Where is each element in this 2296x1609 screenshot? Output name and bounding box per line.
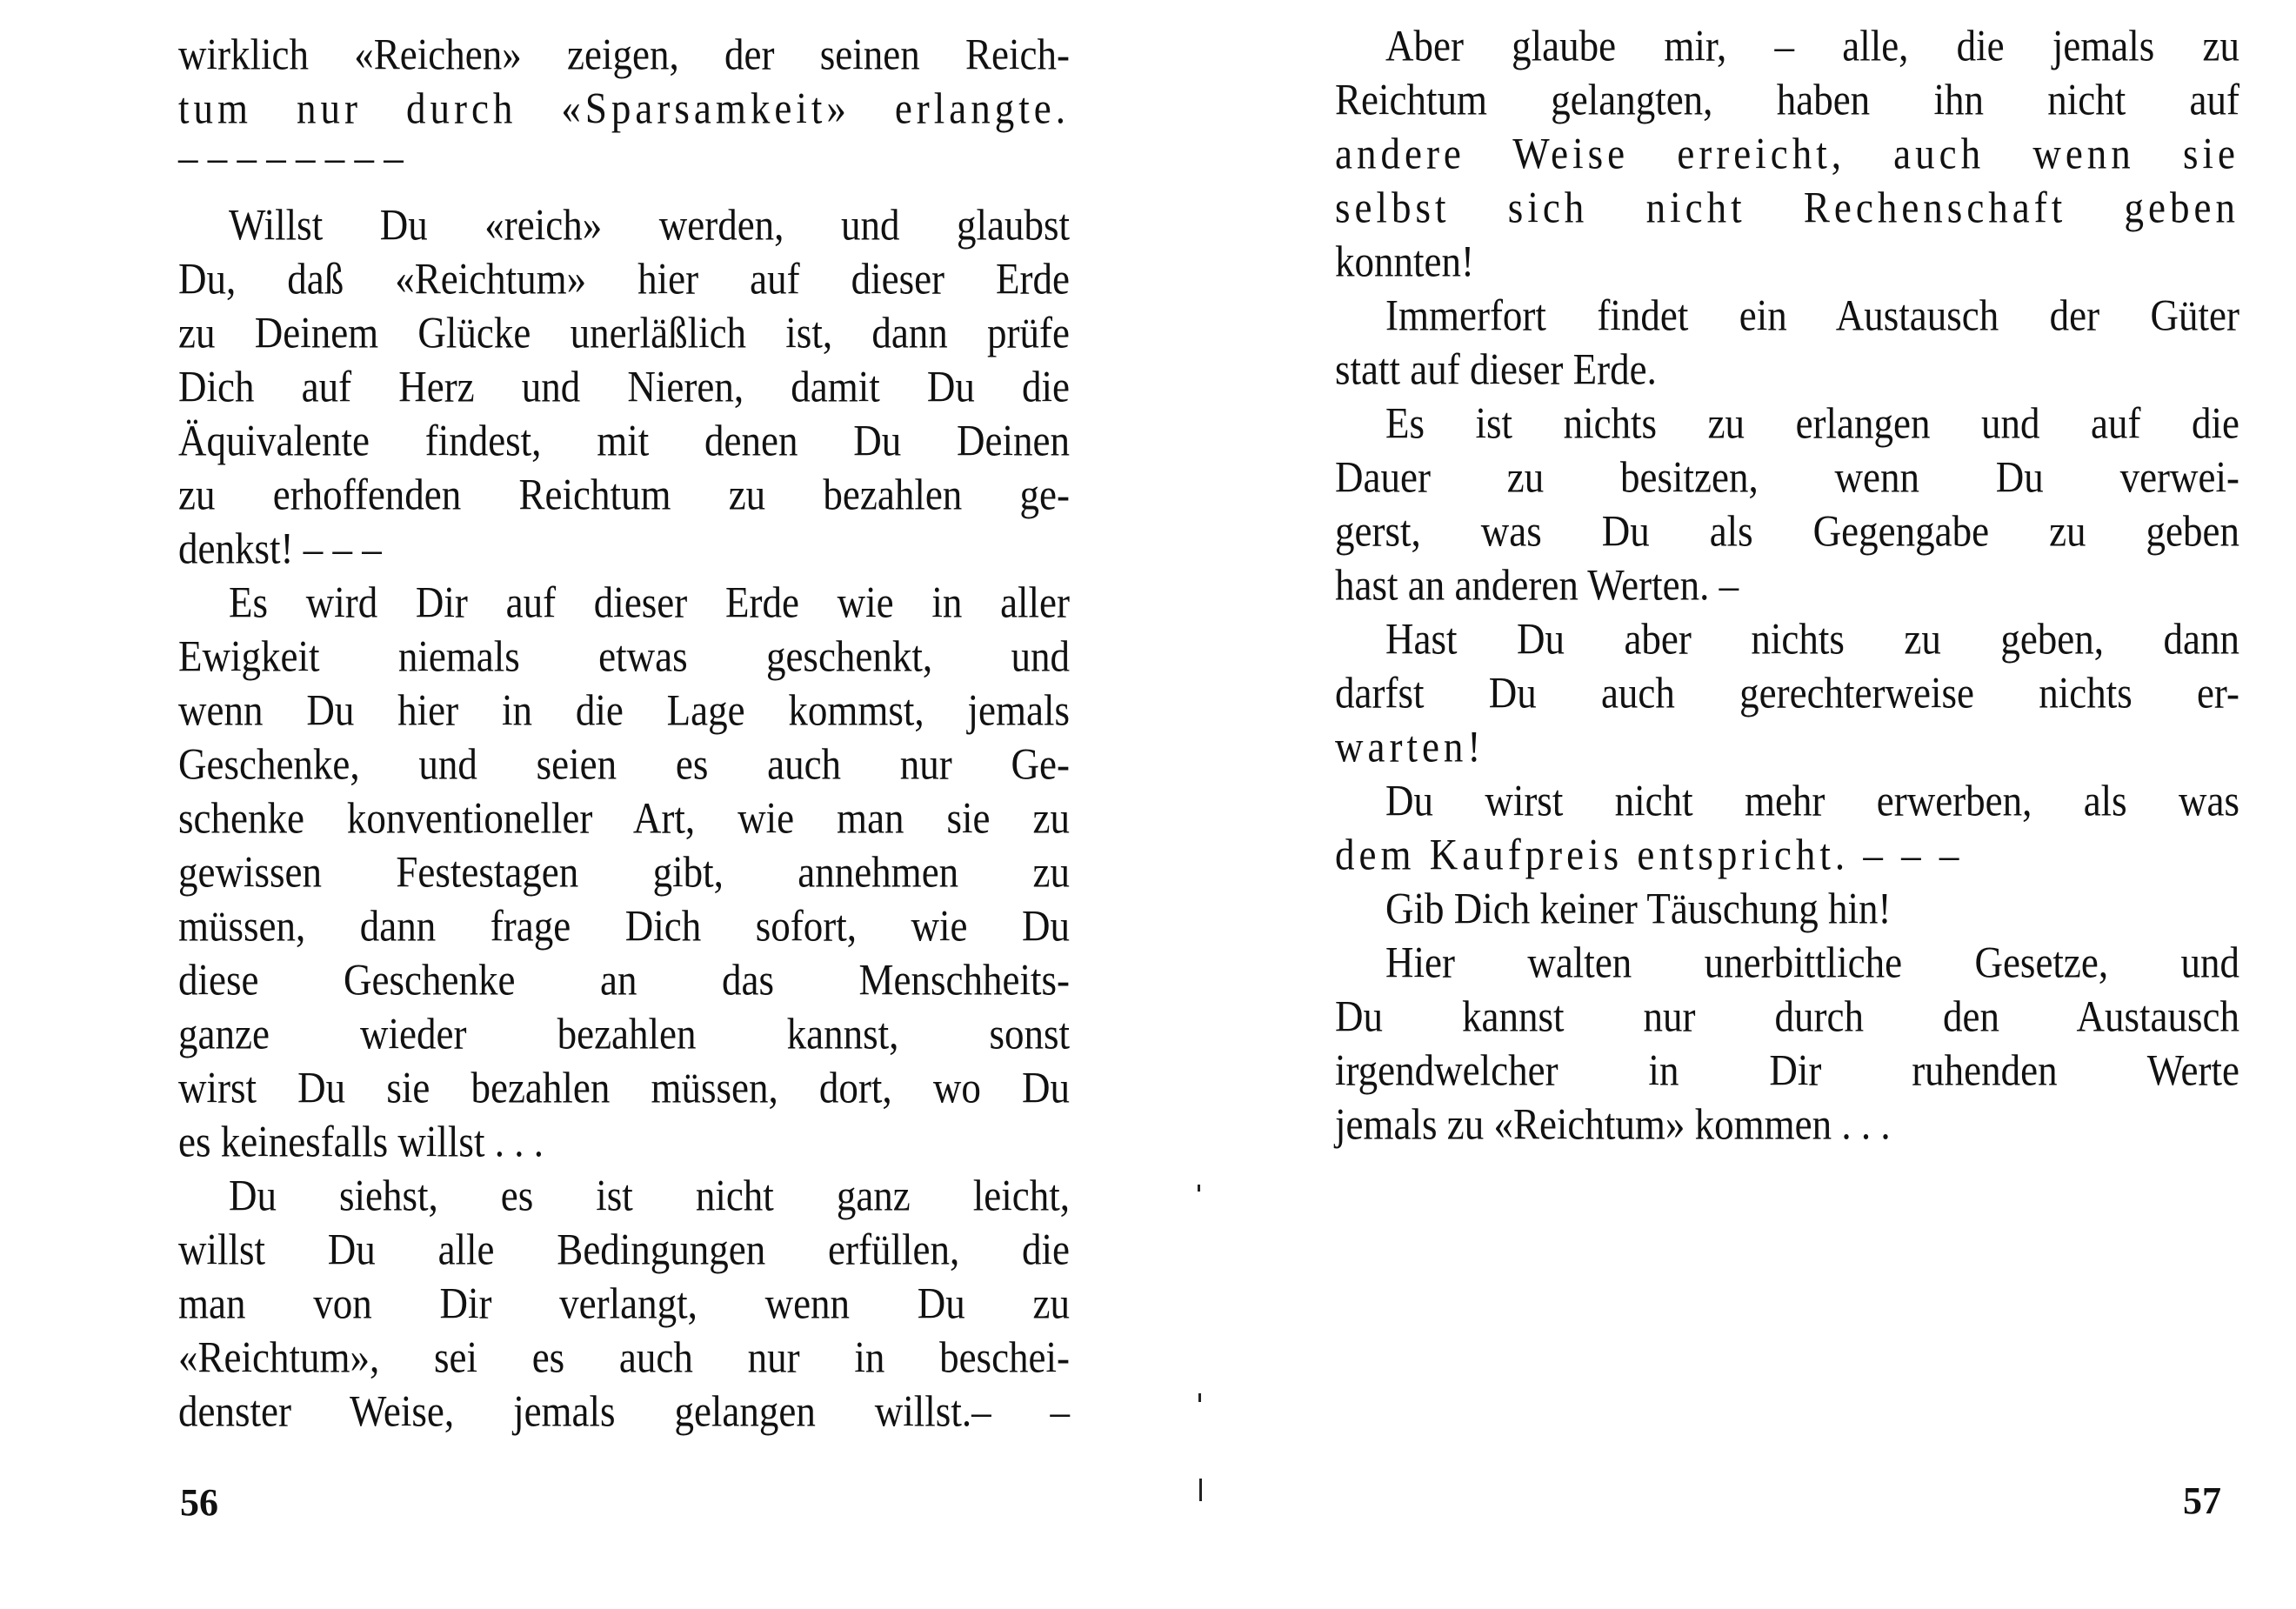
text-line: jemals zu «Reichtum» kommen . . .: [1335, 1099, 2239, 1150]
text-line: Dich auf Herz und Nieren, damit Du die: [178, 362, 1070, 412]
text-line: zu Deinem Glücke unerläßlich ist, dann p…: [178, 308, 1070, 358]
text-line: zu erhoffenden Reichtum zu bezahlen ge-: [178, 470, 1070, 520]
text-line: Hier walten unerbittliche Gesetze, und: [1335, 938, 2239, 988]
text-line: tum nur durch «Sparsamkeit» erlangte.: [178, 83, 1070, 134]
text-line: warten!: [1335, 722, 2239, 772]
text-line: denster Weise, jemals gelangen willst.– …: [178, 1386, 1070, 1437]
text-line: Hast Du aber nichts zu geben, dann: [1335, 614, 2239, 664]
text-line: Es wird Dir auf dieser Erde wie in aller: [178, 578, 1070, 628]
text-line: Ewigkeit niemals etwas geschenkt, und: [178, 631, 1070, 682]
text-line: diese Geschenke an das Menschheits-: [178, 955, 1070, 1005]
text-line: wirst Du sie bezahlen müssen, dort, wo D…: [178, 1063, 1070, 1113]
text-line: willst Du alle Bedingungen erfüllen, die: [178, 1225, 1070, 1275]
text-line: Äquivalente findest, mit denen Du Deinen: [178, 416, 1070, 466]
text-line: gerst, was Du als Gegengabe zu geben: [1335, 506, 2239, 557]
text-line: Immerfort findet ein Austausch der Güter: [1335, 290, 2239, 341]
text-line: Dauer zu besitzen, wenn Du verwei-: [1335, 452, 2239, 503]
text-line: Du siehst, es ist nicht ganz leicht,: [178, 1171, 1070, 1221]
text-line: Geschenke, und seien es auch nur Ge-: [178, 739, 1070, 790]
text-line: Du kannst nur durch den Austausch: [1335, 991, 2239, 1042]
text-line: Aber glaube mir, – alle, die jemals zu: [1335, 21, 2239, 71]
text-line: Willst Du «reich» werden, und glaubst: [178, 200, 1070, 250]
text-line: hast an anderen Werten. –: [1335, 560, 2239, 611]
text-line: konnten!: [1335, 237, 2239, 287]
text-line: wirklich «Reichen» zeigen, der seinen Re…: [178, 30, 1070, 80]
text-line: denkst! – – –: [178, 524, 1070, 574]
text-line: wenn Du hier in die Lage kommst, jemals: [178, 685, 1070, 736]
text-line: dem Kaufpreis entspricht. – – –: [1335, 830, 2239, 880]
text-line: müssen, dann frage Dich sofort, wie Du: [178, 901, 1070, 951]
text-line: man von Dir verlangt, wenn Du zu: [178, 1279, 1070, 1329]
text-line: Du, daß «Reichtum» hier auf dieser Erde: [178, 254, 1070, 304]
text-line: gewissen Festestagen gibt, annehmen zu: [178, 847, 1070, 898]
text-line: es keinesfalls willst . . .: [178, 1117, 1070, 1167]
section-divider-dashes: – – – – – – – –: [178, 132, 1070, 183]
right-page: Aber glaube mir, – alle, die jemals zu R…: [1148, 0, 2296, 1609]
text-line: selbst sich nicht Rechenschaft geben: [1335, 183, 2239, 233]
text-line: Reichtum gelangten, haben ihn nicht auf: [1335, 75, 2239, 125]
text-line: darfst Du auch gerechterweise nichts er-: [1335, 668, 2239, 718]
text-line: andere Weise erreicht, auch wenn sie: [1335, 129, 2239, 179]
text-line: irgendwelcher in Dir ruhenden Werte: [1335, 1045, 2239, 1096]
text-line: Es ist nichts zu erlangen und auf die: [1335, 398, 2239, 449]
text-line: «Reichtum», sei es auch nur in beschei-: [178, 1332, 1070, 1383]
text-line: Du wirst nicht mehr erwerben, als was: [1335, 776, 2239, 826]
text-line: Gib Dich keiner Täuschung hin!: [1335, 884, 2239, 934]
text-line: statt auf dieser Erde.: [1335, 344, 2239, 395]
book-spread: wirklich «Reichen» zeigen, der seinen Re…: [0, 0, 2296, 1609]
text-line: schenke konventioneller Art, wie man sie…: [178, 793, 1070, 844]
page-number: 56: [180, 1484, 218, 1522]
page-number: 57: [2183, 1482, 2221, 1520]
left-page: wirklich «Reichen» zeigen, der seinen Re…: [0, 0, 1148, 1609]
text-line: ganze wieder bezahlen kannst, sonst: [178, 1009, 1070, 1059]
